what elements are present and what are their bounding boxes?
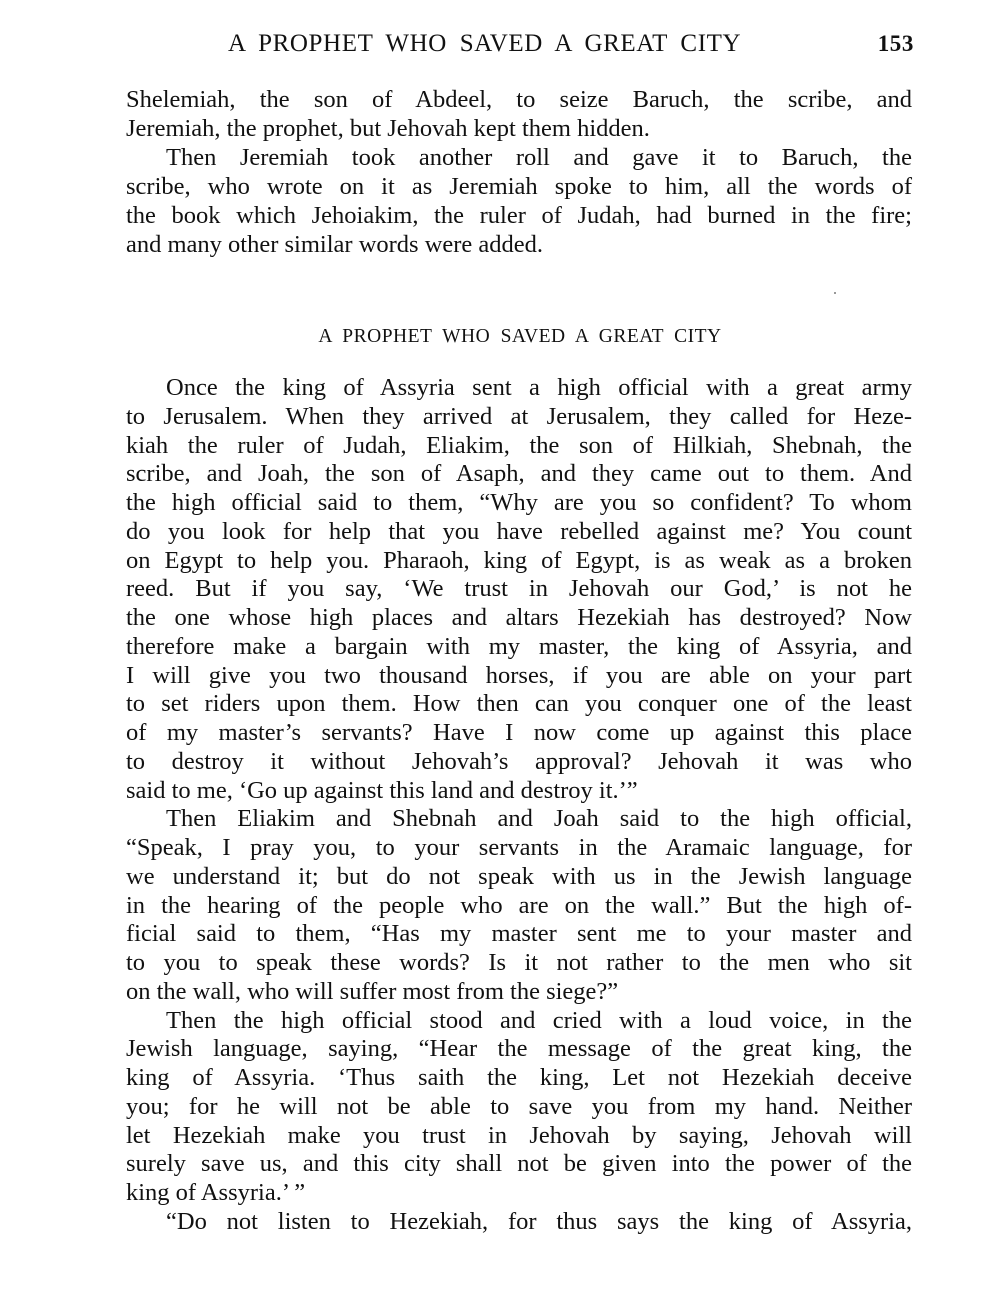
text-line: of my master’s servants? Have I now come… xyxy=(126,718,912,747)
text-line: to set riders upon them. How then can yo… xyxy=(126,689,912,718)
text-line: “Speak, I pray you, to your servants in … xyxy=(126,833,912,862)
running-head: A PROPHET WHO SAVED A GREAT CITY 153 xyxy=(228,30,914,64)
text-line: do you look for help that you have rebel… xyxy=(126,517,912,546)
section-title: A PROPHET WHO SAVED A GREAT CITY xyxy=(0,326,1000,348)
text-line: on Egypt to help you. Pharaoh, king of E… xyxy=(126,546,912,575)
text-line: in the hearing of the people who are on … xyxy=(126,891,912,920)
text-line: the book which Jehoiakim, the ruler of J… xyxy=(126,201,912,230)
text-line: scribe, who wrote on it as Jeremiah spok… xyxy=(126,172,912,201)
text-line: “Do not listen to Hezekiah, for thus say… xyxy=(166,1207,912,1236)
text-line: the high official said to them, “Why are… xyxy=(126,488,912,517)
book-page: A PROPHET WHO SAVED A GREAT CITY 153 She… xyxy=(0,0,1000,1304)
running-head-title: A PROPHET WHO SAVED A GREAT CITY xyxy=(228,30,741,58)
text-line: Then the high official stood and cried w… xyxy=(166,1006,912,1035)
text-line: ficial said to them, “Has my master sent… xyxy=(126,919,912,948)
text-line: we understand it; but do not speak with … xyxy=(126,862,912,891)
text-line: said to me, ‘Go up against this land and… xyxy=(126,776,912,805)
text-line: let Hezekiah make you trust in Jehovah b… xyxy=(126,1121,912,1150)
text-line: therefore make a bargain with my master,… xyxy=(126,632,912,661)
text-line: Shelemiah, the son of Abdeel, to seize B… xyxy=(126,85,912,114)
text-line: to you to speak these words? Is it not r… xyxy=(126,948,912,977)
text-line: to destroy it without Jehovah’s approval… xyxy=(126,747,912,776)
text-line: and many other similar words were added. xyxy=(126,230,912,259)
text-line: reed. But if you say, ‘We trust in Jehov… xyxy=(126,574,912,603)
text-line: Jewish language, saying, “Hear the messa… xyxy=(126,1034,912,1063)
text-line: Once the king of Assyria sent a high off… xyxy=(166,373,912,402)
text-line: on the wall, who will suffer most from t… xyxy=(126,977,912,1006)
text-line: king of Assyria.’ ” xyxy=(126,1178,912,1207)
text-line: king of Assyria. ‘Thus saith the king, L… xyxy=(126,1063,912,1092)
text-line: Jeremiah, the prophet, but Jehovah kept … xyxy=(126,114,912,143)
text-line: I will give you two thousand horses, if … xyxy=(126,661,912,690)
scan-speck xyxy=(834,292,836,294)
text-line: Then Jeremiah took another roll and gave… xyxy=(166,143,912,172)
text-line: scribe, and Joah, the son of Asaph, and … xyxy=(126,459,912,488)
text-line: kiah the ruler of Judah, Eliakim, the so… xyxy=(126,431,912,460)
text-line: surely save us, and this city shall not … xyxy=(126,1149,912,1178)
text-line: you; for he will not be able to save you… xyxy=(126,1092,912,1121)
text-line: to Jerusalem. When they arrived at Jerus… xyxy=(126,402,912,431)
text-line: the one whose high places and altars Hez… xyxy=(126,603,912,632)
page-number: 153 xyxy=(878,31,914,57)
text-line: Then Eliakim and Shebnah and Joah said t… xyxy=(166,804,912,833)
